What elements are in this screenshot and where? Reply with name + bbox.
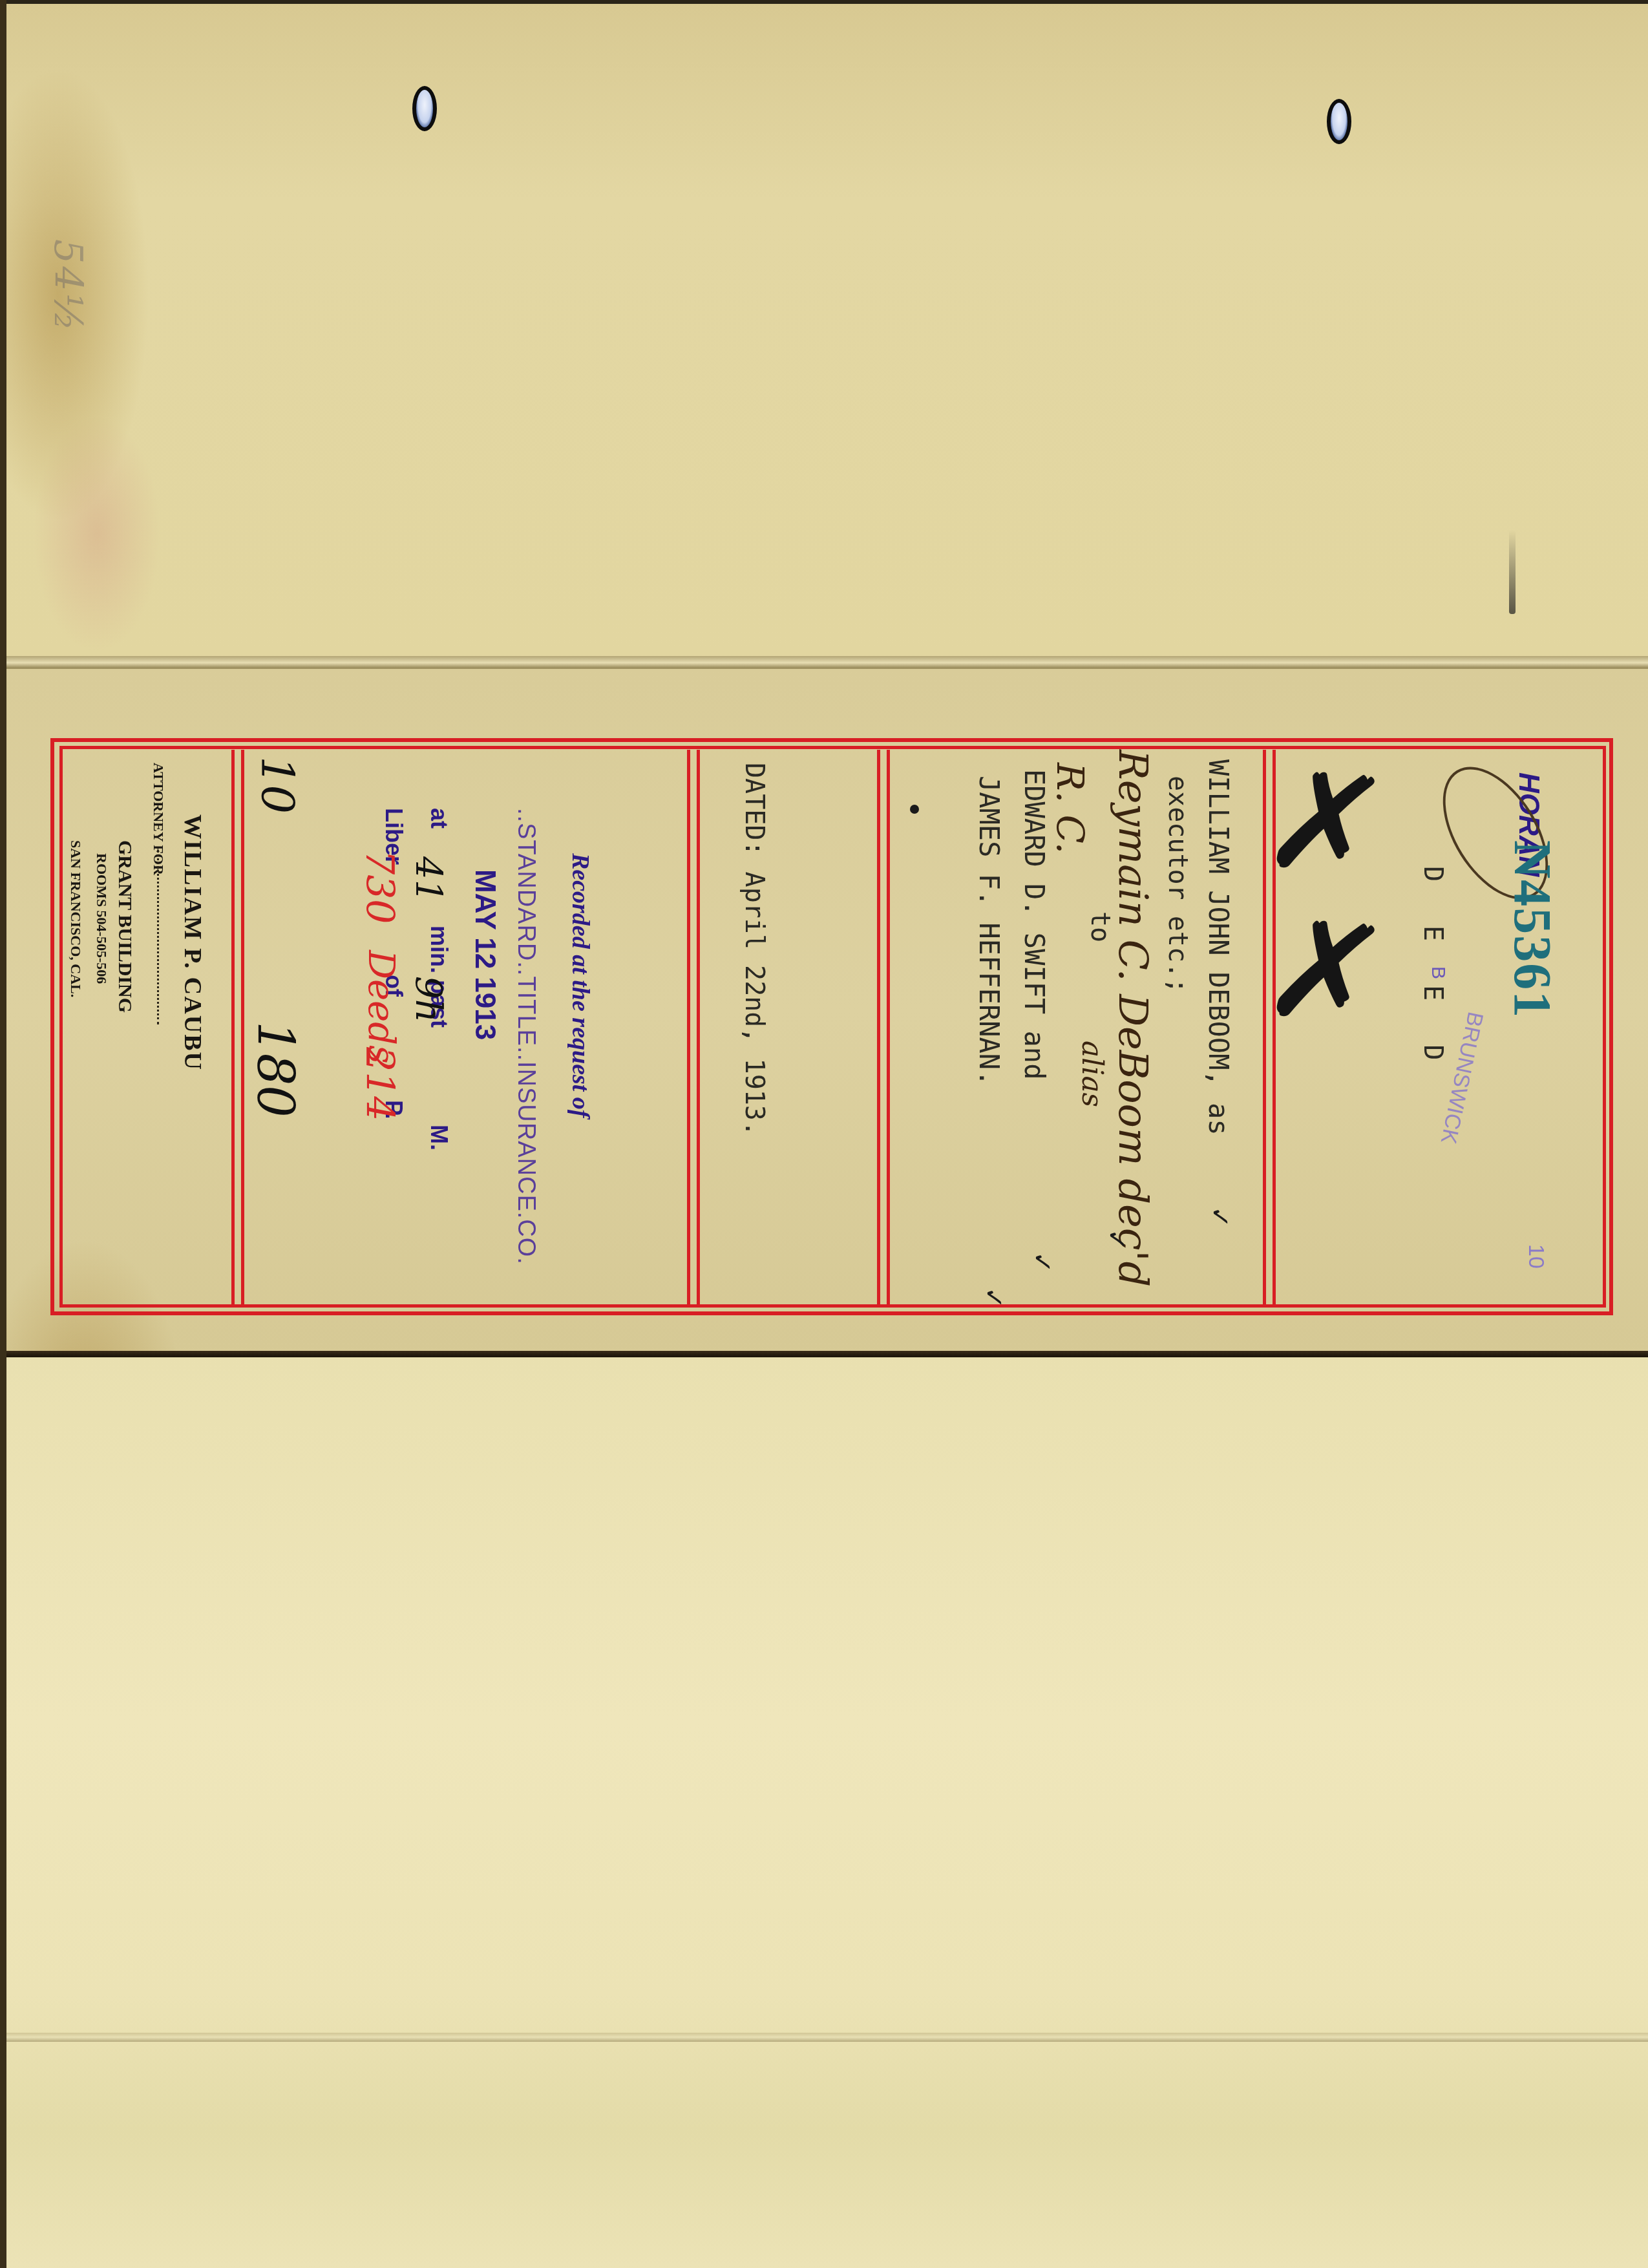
section-divider [231,750,244,1304]
deed-number-stamp: N45361 [1502,840,1563,1019]
page-handwritten: 214 [357,1047,402,1121]
pencil-margin-note: 54½ [45,239,90,334]
grantor-initials-handwritten: R. C. [1048,763,1092,854]
fold-crease-lower [0,2033,1648,2042]
punch-hole-icon [1327,99,1351,144]
attorney-rooms: ROOMS 504-505-506 [93,853,110,984]
section-divider [877,750,890,1304]
lot-stamp: 10 [1523,1244,1548,1269]
paper-edge [0,0,6,2268]
top-flap [0,0,1648,660]
grantee-1: EDWARD D. SWIFT and [1019,769,1050,1079]
alias-handwritten: alias [1075,1041,1108,1107]
check-mark-icon: ✓ [1205,1206,1234,1228]
recording-title: Recorded at the request of [566,853,595,1118]
recording-company: ..STANDARD..TITLE..INSURANCE.CO. [512,808,540,1265]
block-stamp: B [1427,966,1449,979]
check-mark-icon: ✓ [1027,1251,1057,1273]
to-connector: to [1085,911,1115,942]
dated-line: DATED: April 22nd, 1913. [739,763,769,1136]
liber-handwritten: 730 [357,850,402,924]
grantor-role: executor etc.; [1163,776,1192,993]
cross-mark-icon: ✗ [1255,744,1397,905]
section-divider [687,750,700,1304]
fee-handwritten: 10 [251,756,304,814]
number-handwritten: 180 [246,1021,304,1118]
bottom-flap [0,1357,1648,2268]
scanned-document: 54½ HORAN N45361 DEED B BRUNSWICK 10 ✗ ✗… [0,0,1648,2268]
check-mark-icon: ✓ [1101,1229,1131,1251]
attorney-name: WILLIAM P. CAUBU [178,814,207,1071]
grantee-2: JAMES F. HEFFERNAN. [973,776,1005,1086]
ink-smudge [1509,530,1516,614]
recording-date-stamp: MAY 12 1913 [469,869,501,1040]
cross-mark-icon: ✗ [1255,893,1397,1054]
time-suffix: M. [426,1125,452,1150]
attorney-building: GRANT BUILDING [114,840,136,1013]
punch-hole-icon [412,86,437,131]
attorney-for-blank [157,850,159,1024]
deed-title: DEED [1418,866,1448,1104]
hour-handwritten: 9h [407,976,449,1023]
grantor-handwritten: Reymain C. DeBoom dec'd [1110,750,1157,1287]
check-mark-icon: ✓ [978,1287,1008,1309]
minutes-handwritten: 41 [407,856,449,902]
grantor-name: WILLIAM JOHN DEBOOM, as [1203,759,1234,1136]
time-prefix: at [426,808,452,829]
attorney-city: SAN FRANCISCO, CAL. [67,840,84,997]
dot-mark [910,805,919,814]
